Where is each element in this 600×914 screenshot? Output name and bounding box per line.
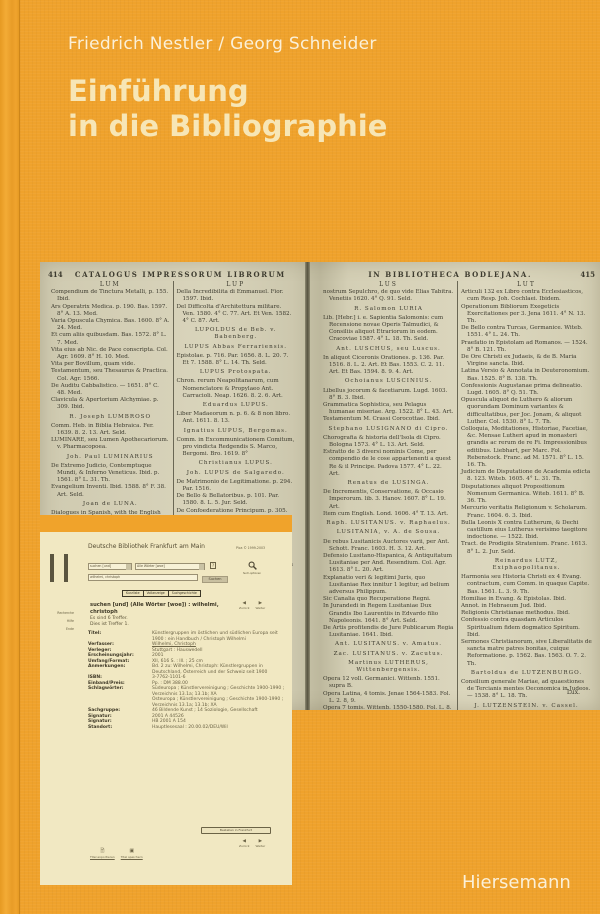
catalog-entry: Mercurio veritatis Religionum v. Scholar…: [461, 505, 592, 519]
catalog-entry: Epistolae. p. 716. Par. 1656. 8. L. 20. …: [177, 353, 296, 367]
catalog-entry: LUPUS Protospata.: [177, 369, 296, 376]
catalog-entry: LUPUS Abbas Ferrariensis.: [177, 344, 296, 351]
catalog-entry: Varia Opuscula Chymica. Bas. 1600. 8° A.…: [51, 318, 170, 332]
field-dropdown-icon[interactable]: [199, 564, 204, 570]
catalog-entry: Renatus de LUSINGA.: [323, 480, 454, 487]
catalog-entry: Colloquia, Meditationes, Historiae, Face…: [461, 426, 592, 469]
catalog-entry: Ant. LUSITANUS. v. Amatus.: [323, 641, 454, 648]
catalog-entry: Confessionis Augustanae prima delineatio…: [461, 383, 592, 397]
catalog-entry: Et cum aliis quibusdam. Bas. 1572. 8° L.…: [51, 332, 170, 346]
opac-screenshot: Deutsche Bibliothek Frankfurt am Main Pi…: [40, 532, 292, 885]
book-title: Einführung in die Bibliographie: [68, 74, 387, 144]
catalog-entry: In Jurandedi in Regem Lusitaniae Dux Gra…: [323, 603, 454, 625]
tab-vollanzeige[interactable]: Vollanzeige: [144, 591, 169, 596]
catalog-entry: Liber Madaeorum n. p. 6. & 8 non libro. …: [177, 411, 296, 425]
search-options-label[interactable]: Such-optionen: [242, 572, 262, 575]
search-button[interactable]: Suchen: [202, 576, 228, 583]
record-row-titel: Titel:Künstlergruppen im östlichen und s…: [88, 631, 288, 642]
left-page-head: 414 CATALOGUS IMPRESSORUM LIBRORUM: [48, 270, 298, 279]
catalog-entry: Ignatius LUPUS, Bergomas.: [177, 428, 296, 435]
catalog-entry: Annot. in Hebraeum Jud. Ibid.: [461, 603, 592, 610]
catalog-entry: Vita per Bovillum, quam vide.: [51, 361, 170, 368]
catalog-entry: Comm. Heb. in Biblia Hebraica. Fer. 1639…: [51, 423, 170, 437]
catalog-entry: Sic Canalia quo Recuperatione Regni.: [323, 596, 454, 603]
catalog-entry: R. Joseph LUMBROSO: [51, 414, 170, 421]
catalog-entry: Opera 7 tomis. Wittenb. 1550-1580. Fol. …: [323, 705, 454, 710]
record-row-schlagwoerter-2: Osteuropa ; Künstlervereinigung ; Geschi…: [88, 697, 288, 708]
catalog-entry: Joh. LUPUS de Salgaredo.: [177, 470, 296, 477]
catalog-entry: Bartoldus de LUTZENBURGO.: [461, 670, 592, 677]
right-col-1: LUS nostrum Sepulchro, de quo vide Elias…: [320, 281, 457, 710]
catalog-entry: De Incrementis, Conservatione, & Occasio…: [323, 489, 454, 511]
book-gutter: [305, 262, 310, 710]
hit-info: Es sind 6 Treffer. Dies ist Treffer 1.: [90, 616, 129, 627]
catalog-entry: Stephano LUSIGNANO di Cipro.: [323, 426, 454, 433]
catalog-entry: Tract. de Prodigiis Stratenium. Franc. 1…: [461, 541, 592, 555]
catalog-entry: Religionis Christianae methodus. Ibid.: [461, 610, 592, 617]
document-icon: 🗎: [90, 848, 115, 855]
catalog-entry: Libellus jocorum & facetiarum. Lugd. 160…: [323, 388, 454, 402]
catalog-entry: Christianus LUPUS.: [177, 460, 296, 467]
catalog-entry: R. Salomon LURIA: [323, 306, 454, 313]
search-options-icon[interactable]: [248, 561, 257, 570]
page-number: 414: [48, 270, 63, 279]
page-number: 415: [580, 270, 595, 279]
record-row-schlagwoerter: Schlagwörter:Südeuropa ; Künstlervereini…: [88, 686, 288, 697]
catalog-entry: Vita eius ab Nic. de Pace conscripta. Co…: [51, 347, 170, 361]
spine-edge: [0, 0, 20, 914]
hit-position: Dies ist Treffer 1.: [90, 622, 129, 628]
record-details: Titel:Künstlergruppen im östlichen und s…: [88, 631, 288, 730]
title-line-2: in die Bibliographie: [68, 109, 387, 144]
catalog-entry: Joh. Paul LUMINARIUS: [51, 454, 170, 461]
catalog-entry: De Extremo Judicio, Contemptuque Mundi, …: [51, 463, 170, 485]
query-summary: suchen [und] (Alle Wörter [woe]) : wilhe…: [90, 602, 230, 615]
next-button-bottom[interactable]: ▶Weiter: [255, 839, 265, 848]
catalog-entry: Ant. LUSCHUS, seu Luscus.: [323, 346, 454, 353]
catalog-entry: Reinardus LUTZ, Exiphaopolitanus.: [461, 558, 592, 572]
side-link-hilfe[interactable]: Hilfe: [48, 617, 74, 625]
catalog-entry: In aliquot Ciceronis Orationes. p. 136. …: [323, 355, 454, 377]
save-title-button[interactable]: ▣Titel speichern: [121, 848, 143, 859]
catalog-entry: Chron. rerum Neapolitanarum, cum Nomencl…: [177, 378, 296, 400]
catalog-entry: Grammatica Sophistica, seu Pelagus human…: [323, 402, 454, 416]
catalog-entry: Ochoianus LUSCINIUS.: [323, 378, 454, 385]
order-button[interactable]: Bestellen in Frankfurt: [201, 827, 271, 834]
catalog-entry: De rebus Lusitanicis Auctores varii, per…: [323, 539, 454, 553]
library-logo: [50, 554, 72, 582]
site-title: Deutsche Bibliothek Frankfurt am Main: [88, 543, 205, 550]
back-button[interactable]: ◀Zurück: [239, 601, 249, 610]
back-button-bottom[interactable]: ◀Zurück: [239, 839, 249, 848]
catalog-entry: De Matrimonio de Legitimatione. p. 294. …: [177, 479, 296, 493]
help-button[interactable]: ?: [210, 562, 216, 569]
catalog-entry: nostrum Sepulchro, de quo vide Elias Tab…: [323, 289, 454, 303]
save-icon: ▣: [121, 848, 143, 855]
catalog-entry: Martinus LUTHERUS, Wittenbergensis.: [323, 660, 454, 674]
field-select[interactable]: Alle Wörter [woe]: [135, 563, 205, 570]
catalog-entry: Opuscula aliquot de Luthero & aliorum qu…: [461, 397, 592, 426]
catalog-entry: Del Difficolta d'Architettura militare. …: [177, 304, 296, 326]
catalog-entry: De Bello contra Turcas, Germanice. Witeb…: [461, 325, 592, 339]
catalog-entry: Opera 12 voll. Germanici. Wittenb. 1551.…: [323, 676, 454, 690]
catalog-entry: Homiliae in Evang. & Epistolas. Ibid.: [461, 596, 592, 603]
catalog-entry: De Artis profitendis de Jure Publicarum …: [323, 625, 454, 639]
catalog-entry: Joan de LUNA.: [51, 501, 170, 508]
tab-kurzliste[interactable]: Kurzliste: [123, 591, 144, 596]
catalog-entry: Della Incredibilita di Emmanuel. Fior. 1…: [177, 289, 296, 303]
catalog-entry: Harmonia seu Historia Christi ex 4 Evang…: [461, 574, 592, 596]
authors: Friedrich Nestler / Georg Schneider: [68, 34, 377, 54]
query-input[interactable]: wilhelmi, christoph: [88, 574, 198, 581]
catalog-entry: LUPOLDUS de Beb. v. Babenberg.: [177, 327, 296, 341]
catalog-entry: Zac. LUSITANUS. v. Zacutus.: [323, 651, 454, 658]
catalog-entry: Clavicula & Apertorium Alchymiae. p. 309…: [51, 397, 170, 411]
catalog-entry: Opera Latina, 4 tomis. Jenae 1564-1583. …: [323, 691, 454, 705]
record-row-anmerkungen: Anmerkungen:Bd. 2 zu: Wilhelmi, Christop…: [88, 664, 288, 675]
copyright: Pica © 1999-2003: [236, 546, 265, 550]
catalog-entry: Ars Operatrix Medica. p. 190. Bas. 1597.…: [51, 304, 170, 318]
catalog-entry: De Bello & Bellatoribus. p. 101. Par. 15…: [177, 493, 296, 507]
catalog-entry: Estratto de 3 diversi nominis Come, per …: [323, 449, 454, 478]
title-line-1: Einführung: [68, 74, 387, 109]
catalog-entry: Defensio Lusitano-Hispanica, & Antiquita…: [323, 553, 454, 575]
catalog-entry: Eduardus LUPUS.: [177, 402, 296, 409]
catalog-entry: Comm. in Excommunicationem Comitum, pro …: [177, 437, 296, 459]
catalog-entry: Latina Versio & Annotata in Deuteronomiu…: [461, 368, 592, 382]
catalog-entry: De Auditu Cabbalistico. — 1651. 8° C. 48…: [51, 383, 170, 397]
footer-actions: 🗎Titel exportieren ▣Titel speichern: [90, 848, 143, 859]
catalog-entry: Lib. [Hebr.] i. e. Sapientia Salomonis: …: [323, 315, 454, 344]
hit-count: Es sind 6 Treffer.: [90, 616, 129, 622]
catalog-entry: Praefatio in Epistolam ad Romanos. — 152…: [461, 340, 592, 354]
right-page-head: IN BIBLIOTHECA BODLEJANA. 415: [320, 270, 595, 279]
result-nav-top: ◀Zurück ▶Weiter: [239, 601, 265, 610]
catalog-entry: Confessio contra quasdam Articulos Spiri…: [461, 617, 592, 639]
catalog-entry: J. LUTZENSTEIN. v. Cassel.: [461, 703, 592, 710]
running-head: IN BIBLIOTHECA BODLEJANA.: [368, 270, 532, 279]
view-tabs: Kurzliste Vollanzeige Suchgeschichte: [122, 590, 201, 597]
catalog-entry: Operationum Bibliorum Exegeticis Exercit…: [461, 304, 592, 326]
side-nav: Recherche Hilfe Ende: [48, 609, 74, 633]
catalog-entry: Testamentum M. Crassi Corocottae. Ibid.: [323, 416, 454, 423]
catalog-entry: Raph. LUSITANUS. v. Raphaelus.: [323, 520, 454, 527]
result-nav-bottom: ◀Zurück ▶Weiter: [239, 839, 265, 848]
catalog-entry: De Ore Christi ex Judaeis, & de B. Maria…: [461, 354, 592, 368]
catalog-entry: Articuli 132 ex Libro contra Ecclesiasti…: [461, 289, 592, 303]
right-page: IN BIBLIOTHECA BODLEJANA. 415 LUS nostru…: [320, 270, 595, 710]
tab-suchgeschichte[interactable]: Suchgeschichte: [169, 591, 200, 596]
catalog-entry: Explanatio veri & legitimi Juris, quo Lu…: [323, 575, 454, 597]
catalog-entry: Testamentum, seu Thesaurus & Practica. C…: [51, 368, 170, 382]
record-row-standort: Standort:Hauptlesesaal : 20.00.02/DEU/Wi…: [88, 725, 288, 731]
catalog-entry: Item cum English. Lond. 1606. 4° T. 13. …: [323, 511, 454, 518]
catalog-entry: Compendium de Tinctura Metalli, p. 155. …: [51, 289, 170, 303]
catalog-entry: Judicium de Disputatione de Academia edi…: [461, 469, 592, 483]
catalog-entry: LUSITANIA, v. A. de Sousa.: [323, 529, 454, 536]
catalog-entry: Chorografia & historia dell'Isola di Cip…: [323, 435, 454, 449]
catalog-entry: Disputationes aliquot Propositionum Nome…: [461, 484, 592, 506]
ui-frame-band: [40, 515, 292, 532]
catalog-entry: Bulla Leonis X contra Lutherum, & Dechi …: [461, 520, 592, 542]
catalog-entry: Evangelium Inventi. Ibid. 1588. 8° F. 38…: [51, 484, 170, 498]
publisher: Hiersemann: [462, 872, 571, 893]
side-link-ende[interactable]: Ende: [48, 625, 74, 633]
running-head: CATALOGUS IMPRESSORUM LIBRORUM: [75, 270, 286, 279]
catchword: Lux.: [567, 689, 580, 696]
export-title-button[interactable]: 🗎Titel exportieren: [90, 848, 115, 859]
side-link-recherche[interactable]: Recherche: [48, 609, 74, 617]
right-col-2: LUT Articuli 132 ex Libro contra Ecclesi…: [457, 281, 595, 710]
operator-dropdown-icon[interactable]: [126, 564, 131, 570]
catalog-entry: LUMINARE, seu Lumen Apothecariorum. v. P…: [51, 437, 170, 451]
next-button[interactable]: ▶Weiter: [255, 601, 265, 610]
catalog-entry: Sermones Christianorum, sive Liberalitat…: [461, 639, 592, 668]
